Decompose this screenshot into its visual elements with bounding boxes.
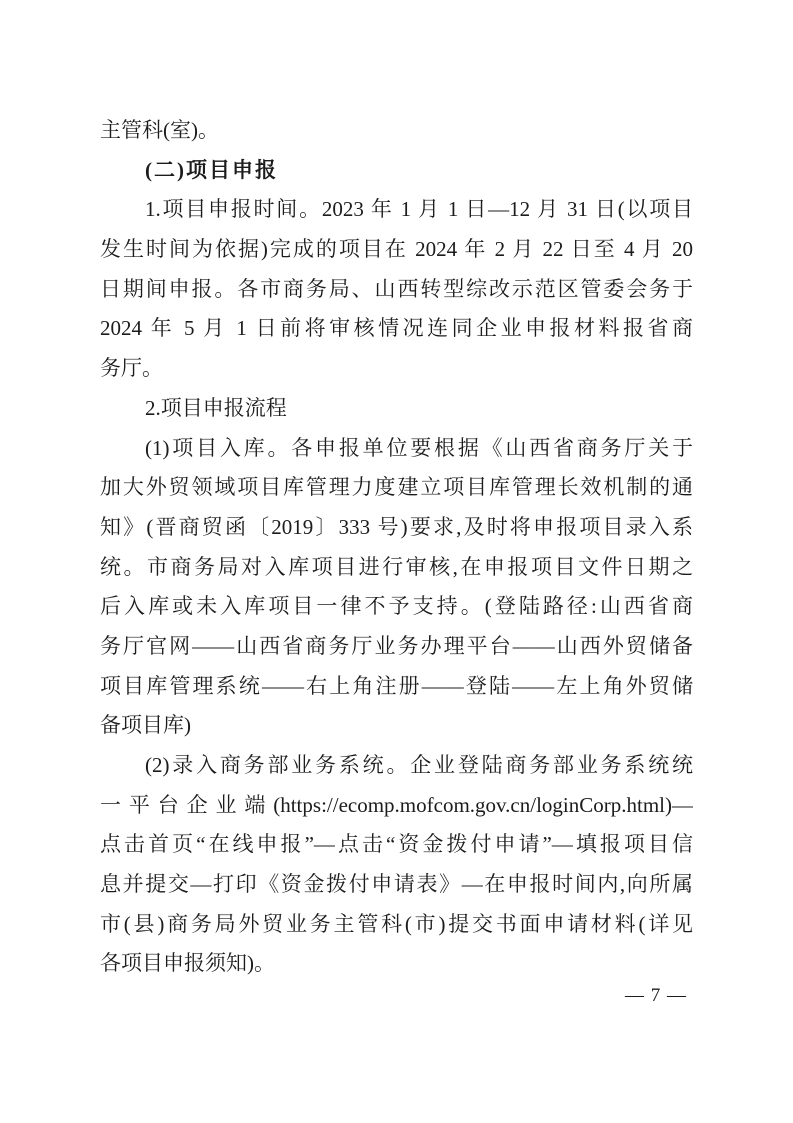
text-line: 务厅官网——山西省商务厅业务办理平台——山西外贸储备	[100, 627, 693, 667]
section-heading: (二)项目申报	[100, 151, 693, 191]
text-line: 发生时间为依据)完成的项目在 2024 年 2 月 22 日至 4 月 20	[100, 230, 693, 270]
section-heading-project-application: (二)项目申报	[100, 151, 693, 191]
subheading-application-process: 2.项目申报流程	[100, 389, 693, 429]
text-line: 各项目申报须知)。	[100, 944, 693, 984]
text-line: 日期间申报。各市商务局、山西转型综改示范区管委会务于	[100, 270, 693, 310]
text-line: 备项目库)	[100, 706, 693, 746]
text-line-with-url: 一平台企业端(https://ecomp.mofcom.gov.cn/login…	[100, 786, 693, 826]
text-line: 务厅。	[100, 349, 693, 389]
text-line: 主管科(室)。	[100, 111, 693, 151]
text-line: 2.项目申报流程	[100, 389, 693, 429]
text-line: 2024 年 5 月 1 日前将审核情况连同企业申报材料报省商	[100, 309, 693, 349]
document-page: 主管科(室)。 (二)项目申报 1.项目申报时间。2023 年 1 月 1 日—…	[0, 0, 793, 1008]
text-line: 统。市商务局对入库项目进行审核,在申报项目文件日期之	[100, 548, 693, 588]
text-line: 1.项目申报时间。2023 年 1 月 1 日—12 月 31 日(以项目	[100, 190, 693, 230]
paragraph-project-entry: (1)项目入库。各申报单位要根据《山西省商务厅关于 加大外贸领域项目库管理力度建…	[100, 429, 693, 747]
text-line: 点击首页“在线申报”—点击“资金拨付申请”—填报项目信	[100, 825, 693, 865]
text-line: 知》(晋商贸函〔2019〕333 号)要求,及时将申报项目录入系	[100, 508, 693, 548]
text-line: (1)项目入库。各申报单位要根据《山西省商务厅关于	[100, 429, 693, 469]
text-line: 后入库或未入库项目一律不予支持。(登陆路径:山西省商	[100, 587, 693, 627]
page-number: — 7 —	[100, 984, 693, 1008]
paragraph-mofcom-system: (2)录入商务部业务系统。企业登陆商务部业务系统统 一平台企业端(https:/…	[100, 746, 693, 984]
text-line: (2)录入商务部业务系统。企业登陆商务部业务系统统	[100, 746, 693, 786]
paragraph-application-time: 1.项目申报时间。2023 年 1 月 1 日—12 月 31 日(以项目 发生…	[100, 190, 693, 388]
text-line: 项目库管理系统——右上角注册——登陆——左上角外贸储	[100, 667, 693, 707]
text-line: 加大外贸领域项目库管理力度建立项目库管理长效机制的通	[100, 468, 693, 508]
text-line: 息并提交—打印《资金拨付申请表》—在申报时间内,向所属	[100, 865, 693, 905]
paragraph-intro-continuation: 主管科(室)。	[100, 111, 693, 151]
text-line: 市(县)商务局外贸业务主管科(市)提交书面申请材料(详见	[100, 905, 693, 945]
